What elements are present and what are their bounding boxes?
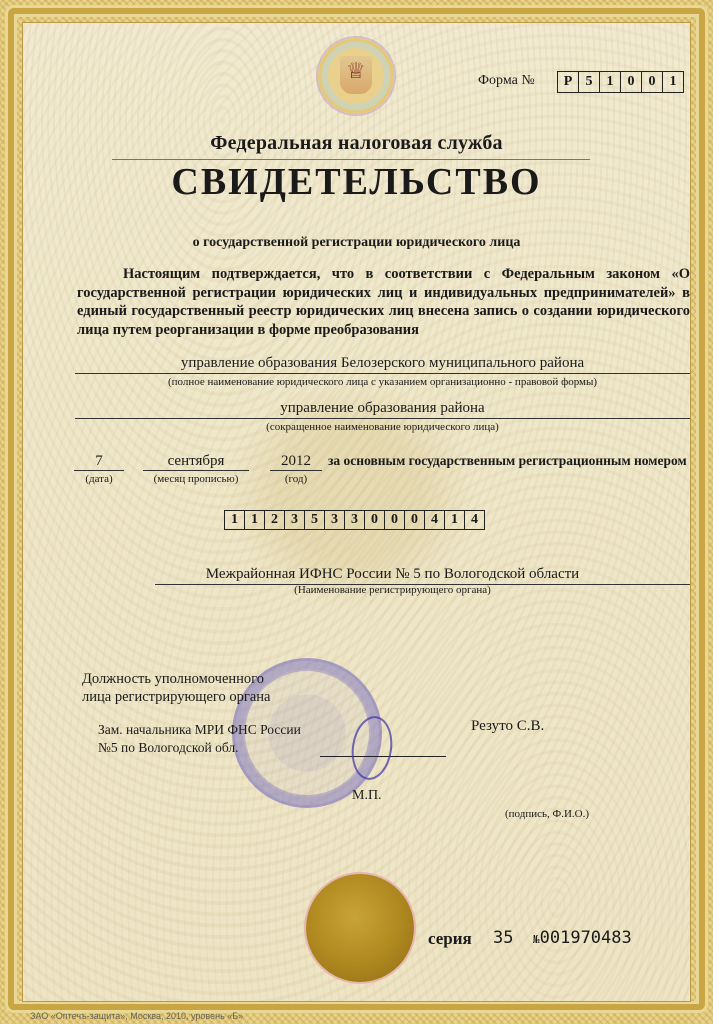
ogrn-digit-cell: 3 [345,511,365,529]
number-sign: № [533,933,540,946]
signature-caption: (подпись, Ф.И.О.) [505,808,589,820]
form-number-cell: Р [558,72,579,92]
ogrn-digit-cell: 0 [385,511,405,529]
form-number-cell: 0 [642,72,663,92]
issuing-service: Федеральная налоговая служба [0,132,713,155]
ogrn-number-cells: 1123533000414 [224,510,485,530]
signatory-position-line2: №5 по Вологодской обл. [98,739,301,757]
registration-month: сентября [143,453,249,471]
month-caption: (месяц прописью) [143,473,249,485]
form-number-label: Форма № [478,73,535,89]
ogrn-digit-cell: 3 [325,511,345,529]
ogrn-label: за основным государственным регистрацион… [328,453,687,469]
stamp-place-label: М.П. [352,788,382,804]
form-number-cell: 5 [579,72,600,92]
blank-number: №001970483 [533,928,632,948]
signatory-position-line1: Зам. начальника МРИ ФНС России [98,721,301,739]
blank-number-value: 001970483 [540,928,632,948]
ogrn-digit-cell: 1 [445,511,465,529]
entity-short-name-caption: (сокращенное наименование юридического л… [75,421,690,433]
ogrn-digit-cell: 0 [365,511,385,529]
ogrn-digit-cell: 3 [285,511,305,529]
position-label-line1: Должность уполномоченного [82,670,270,688]
position-label-line2: лица регистрирующего органа [82,688,270,706]
series-value: 35 [493,928,513,948]
registration-day: 7 [74,453,124,471]
ogrn-digit-cell: 1 [245,511,265,529]
signatory-name: Резуто С.В. [471,718,544,735]
form-number-cell: 1 [600,72,621,92]
registering-authority: Межрайонная ИФНС России № 5 по Вологодск… [155,566,690,585]
form-number-cell: 1 [663,72,683,92]
document-title: СВИДЕТЕЛЬСТВО [0,160,713,204]
form-number-cells: Р51001 [557,71,684,93]
form-number-cell: 0 [621,72,642,92]
ogrn-digit-cell: 5 [305,511,325,529]
signatory-position: Зам. начальника МРИ ФНС России №5 по Вол… [98,721,301,757]
gold-seal-icon [306,874,414,982]
ogrn-digit-cell: 4 [425,511,445,529]
day-caption: (дата) [74,473,124,485]
series-label: серия [428,929,472,949]
registering-authority-caption: (Наименование регистрирующего органа) [155,584,630,596]
double-headed-eagle-icon: ♕ [346,60,366,82]
registration-year: 2012 [270,453,322,471]
document-subtitle: о государственной регистрации юридическо… [0,235,713,251]
year-caption: (год) [270,473,322,485]
entity-full-name-caption: (полное наименование юридического лица с… [75,376,690,388]
printer-note: ЗАО «Оптечъ-защита», Москва, 2010, урове… [30,1011,243,1021]
ogrn-digit-cell: 0 [405,511,425,529]
ogrn-digit-cell: 2 [265,511,285,529]
statement-text: Настоящим подтверждается, что в соответс… [77,265,690,339]
position-label: Должность уполномоченного лица регистрир… [82,670,270,706]
ogrn-digit-cell: 4 [465,511,484,529]
entity-full-name: управление образования Белозерского муни… [75,355,690,374]
entity-short-name: управление образования района [75,400,690,419]
ogrn-digit-cell: 1 [225,511,245,529]
